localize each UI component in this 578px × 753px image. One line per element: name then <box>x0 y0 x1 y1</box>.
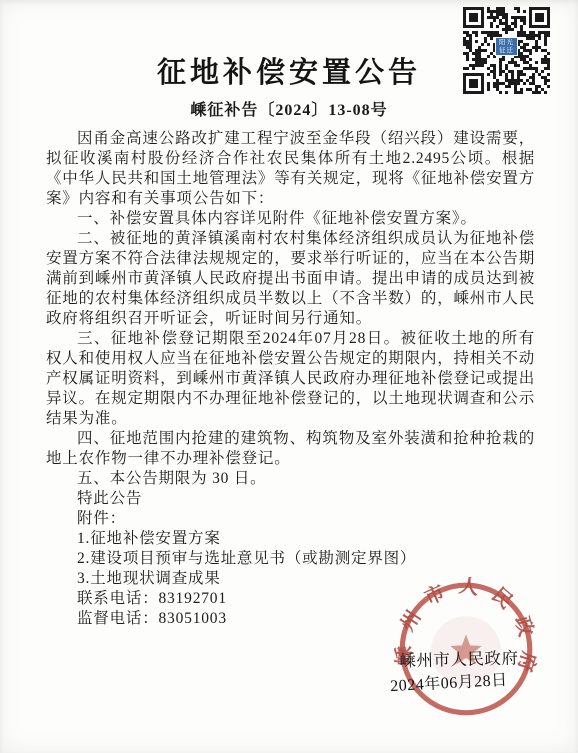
closing-text: 特此公告 <box>46 489 535 509</box>
doc-number: 嵊征补告〔2024〕13-08号 <box>0 101 578 121</box>
attachments-label: 附件： <box>46 509 535 529</box>
notice-item-3: 三、征地补偿登记期限至2024年07月28日。被征收土地的所有权人和使用权人应当… <box>46 329 535 429</box>
notice-item-2: 二、被征地的黄泽镇溪南村农村集体经济组织成员认为征地补偿安置方案不符合法律法规规… <box>46 229 535 329</box>
qr-code: 阳光征迁 <box>463 7 550 94</box>
qr-logo-label: 阳光征迁 <box>498 39 515 55</box>
notice-item-5: 五、本公告期限为 30 日。 <box>46 469 535 489</box>
notice-body: 因甬金高速公路改扩建工程宁波至金华段（绍兴段）建设需要，拟征收溪南村股份经济合作… <box>46 129 535 629</box>
notice-item-1: 一、补偿安置具体内容详见附件《征地补偿安置方案》。 <box>46 209 535 229</box>
intro-paragraph: 因甬金高速公路改扩建工程宁波至金华段（绍兴段）建设需要，拟征收溪南村股份经济合作… <box>46 129 535 209</box>
notice-item-4: 四、征地范围内抢建的建筑物、构筑物及室外装潢和抢种抢栽的地上农作物一律不办理补偿… <box>46 429 535 469</box>
attachment-item-2: 2.建设项目预审与选址意见书（或勘测定界图） <box>46 549 535 569</box>
issuer-signature: 嵊州市人民政府 <box>396 649 522 670</box>
notice-document: 阳光征迁 征地补偿安置公告 嵊征补告〔2024〕13-08号 因甬金高速公路改扩… <box>0 0 578 753</box>
qr-center-logo: 阳光征迁 <box>495 37 518 56</box>
attachment-item-1: 1.征地补偿安置方案 <box>46 529 535 549</box>
